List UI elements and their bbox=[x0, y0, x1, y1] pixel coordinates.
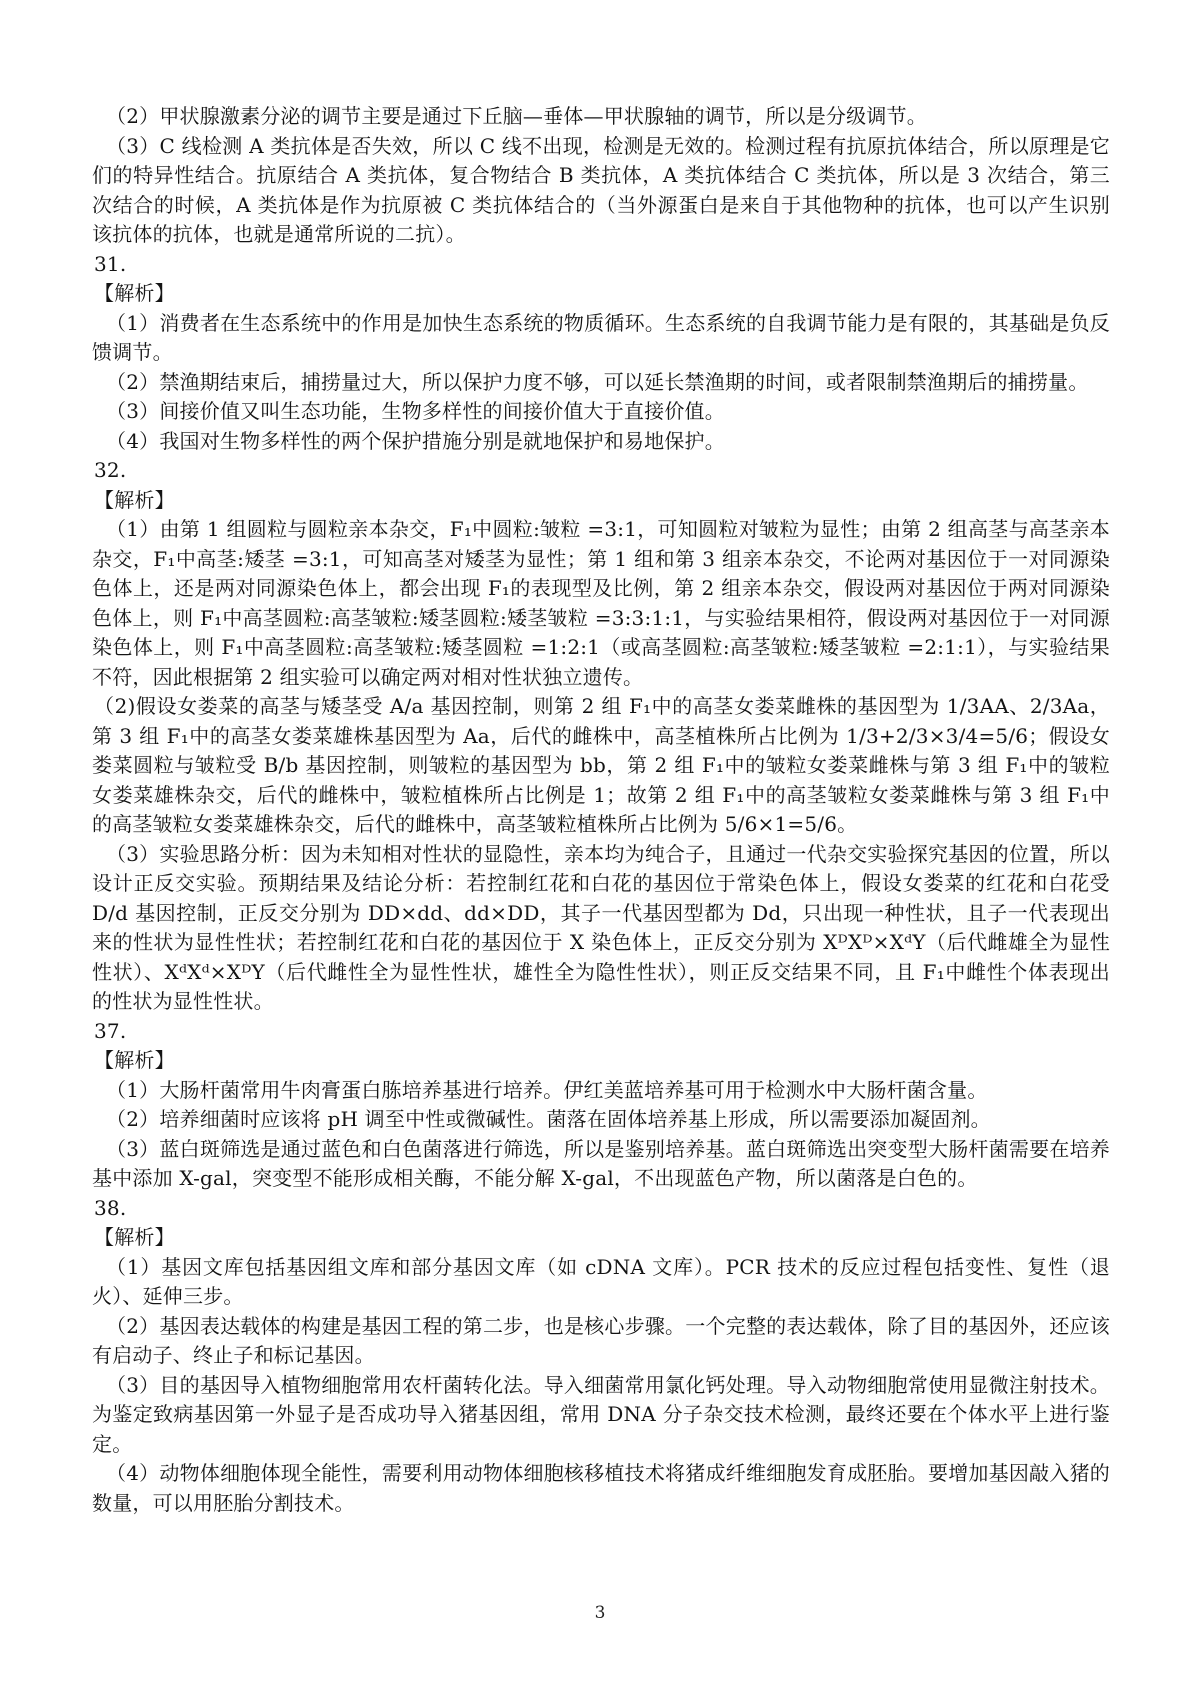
analysis-label: 【解析】 bbox=[92, 1046, 1110, 1076]
page-footer: 3 bbox=[0, 1603, 1200, 1623]
paragraph: （3）蓝白斑筛选是通过蓝色和白色菌落进行筛选，所以是鉴别培养基。蓝白斑筛选出突变… bbox=[92, 1135, 1110, 1194]
analysis-label: 【解析】 bbox=[92, 279, 1110, 309]
paragraph: （2）培养细菌时应该将 pH 调至中性或微碱性。菌落在固体培养基上形成，所以需要… bbox=[92, 1105, 1110, 1135]
paragraph: （1）基因文库包括基因组文库和部分基因文库（如 cDNA 文库）。PCR 技术的… bbox=[92, 1253, 1110, 1312]
analysis-label: 【解析】 bbox=[92, 486, 1110, 516]
paragraph: （2）基因表达载体的构建是基因工程的第二步，也是核心步骤。一个完整的表达载体，除… bbox=[92, 1312, 1110, 1371]
document-page: （2）甲状腺激素分泌的调节主要是通过下丘脑—垂体—甲状腺轴的调节，所以是分级调节… bbox=[0, 0, 1200, 1698]
paragraph: （2）甲状腺激素分泌的调节主要是通过下丘脑—垂体—甲状腺轴的调节，所以是分级调节… bbox=[92, 102, 1110, 132]
analysis-label: 【解析】 bbox=[92, 1223, 1110, 1253]
paragraph: （2)假设女娄菜的高茎与矮茎受 A/a 基因控制，则第 2 组 F₁中的高茎女娄… bbox=[92, 692, 1110, 840]
page-number: 3 bbox=[595, 1603, 606, 1623]
paragraph: （1）消费者在生态系统中的作用是加快生态系统的物质循环。生态系统的自我调节能力是… bbox=[92, 309, 1110, 368]
paragraph: （3）实验思路分析：因为未知相对性状的显隐性，亲本均为纯合子，且通过一代杂交实验… bbox=[92, 840, 1110, 1017]
paragraph: （2）禁渔期结束后，捕捞量过大，所以保护力度不够，可以延长禁渔期的时间，或者限制… bbox=[92, 368, 1110, 398]
paragraph: （4）我国对生物多样性的两个保护措施分别是就地保护和易地保护。 bbox=[92, 427, 1110, 457]
paragraph: （1）大肠杆菌常用牛肉膏蛋白胨培养基进行培养。伊红美蓝培养基可用于检测水中大肠杆… bbox=[92, 1076, 1110, 1106]
paragraph: （3）C 线检测 A 类抗体是否失效，所以 C 线不出现，检测是无效的。检测过程… bbox=[92, 132, 1110, 250]
paragraph: （4）动物体细胞体现全能性，需要利用动物体细胞核移植技术将猪成纤维细胞发育成胚胎… bbox=[92, 1459, 1110, 1518]
paragraph: （3）目的基因导入植物细胞常用农杆菌转化法。导入细菌常用氯化钙处理。导入动物细胞… bbox=[92, 1371, 1110, 1460]
paragraph: （3）间接价值又叫生态功能，生物多样性的间接价值大于直接价值。 bbox=[92, 397, 1110, 427]
paragraph: （1）由第 1 组圆粒与圆粒亲本杂交，F₁中圆粒:皱粒 =3:1，可知圆粒对皱粒… bbox=[92, 515, 1110, 692]
question-number: 31. bbox=[92, 250, 1110, 280]
document-content: （2）甲状腺激素分泌的调节主要是通过下丘脑—垂体—甲状腺轴的调节，所以是分级调节… bbox=[92, 102, 1110, 1518]
question-number: 37. bbox=[92, 1017, 1110, 1047]
question-number: 32. bbox=[92, 456, 1110, 486]
question-number: 38. bbox=[92, 1194, 1110, 1224]
